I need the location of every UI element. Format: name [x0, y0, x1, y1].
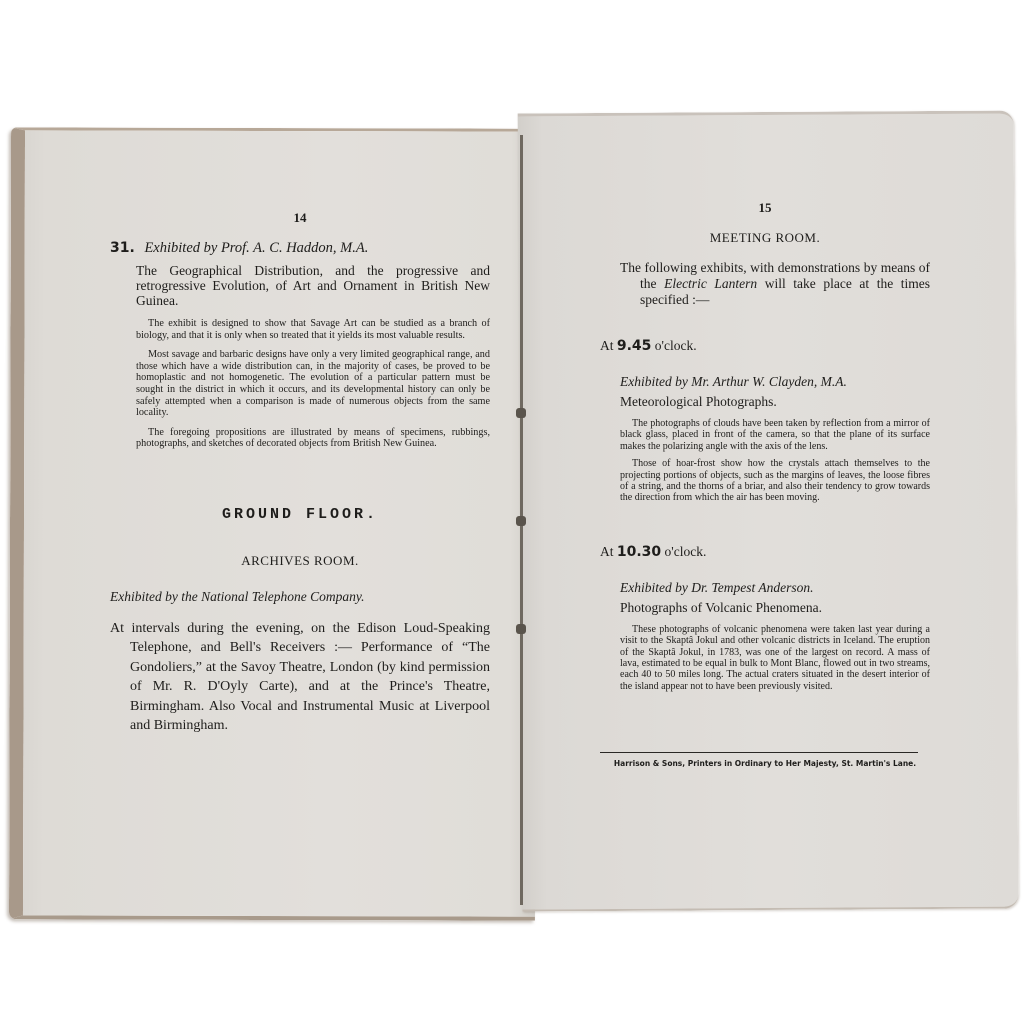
session-exhibitor: Exhibited by Dr. Tempest Anderson.	[620, 580, 930, 596]
session-exhibitor: Exhibited by Mr. Arthur W. Clayden, M.A.	[620, 374, 930, 390]
binding-stitch	[516, 408, 526, 418]
page-number: 14	[110, 210, 490, 226]
time-prefix: At	[600, 544, 614, 559]
session-time: At 9.45 o'clock.	[600, 338, 930, 354]
entry-paragraph: Most savage and barbaric designs have on…	[136, 349, 490, 419]
session-paragraph: These photographs of volcanic phenomena …	[620, 624, 930, 692]
printer-imprint: Harrison & Sons, Printers in Ordinary to…	[600, 759, 930, 768]
time-suffix: o'clock.	[665, 544, 707, 559]
session-paragraph: Those of hoar-frost show how the crystal…	[620, 458, 930, 504]
time-suffix: o'clock.	[655, 338, 697, 353]
session-time: At 10.30 o'clock.	[600, 544, 930, 560]
archives-exhibitor: Exhibited by the National Telephone Comp…	[110, 589, 490, 605]
intro-italic: Electric Lantern	[664, 276, 757, 291]
time-value: 9.45	[617, 338, 652, 354]
binding-stitch	[516, 516, 526, 526]
room-heading: ARCHIVES ROOM.	[110, 553, 490, 569]
footer-rule	[600, 752, 918, 753]
meeting-intro: The following exhibits, with demonstrati…	[620, 260, 930, 308]
open-pamphlet: 14 31. Exhibited by Prof. A. C. Haddon, …	[0, 0, 1024, 1024]
page-number: 15	[600, 200, 930, 216]
section-heading: GROUND FLOOR.	[110, 506, 490, 523]
entry-exhibitor: Exhibited by Prof. A. C. Haddon, M.A.	[144, 240, 368, 256]
session-subject: Meteorological Photographs.	[620, 394, 930, 410]
time-value: 10.30	[617, 544, 661, 560]
session-subject: Photographs of Volcanic Phenomena.	[620, 600, 930, 616]
entry-paragraph: The foregoing propositions are illustrat…	[136, 427, 490, 450]
entry-paragraph: The exhibit is designed to show that Sav…	[136, 318, 490, 341]
binding-stitch	[516, 624, 526, 634]
right-page-content: 15 MEETING ROOM. The following exhibits,…	[600, 200, 930, 768]
entry-number: 31.	[110, 240, 135, 256]
entry-title: The Geographical Distribution, and the p…	[136, 263, 490, 308]
room-heading: MEETING ROOM.	[600, 230, 930, 246]
time-prefix: At	[600, 338, 614, 353]
left-page-content: 14 31. Exhibited by Prof. A. C. Haddon, …	[110, 210, 490, 750]
archives-description: At intervals during the evening, on the …	[110, 619, 490, 736]
session-paragraph: The photographs of clouds have been take…	[620, 418, 930, 452]
entry-header: 31. Exhibited by Prof. A. C. Haddon, M.A…	[110, 240, 490, 257]
